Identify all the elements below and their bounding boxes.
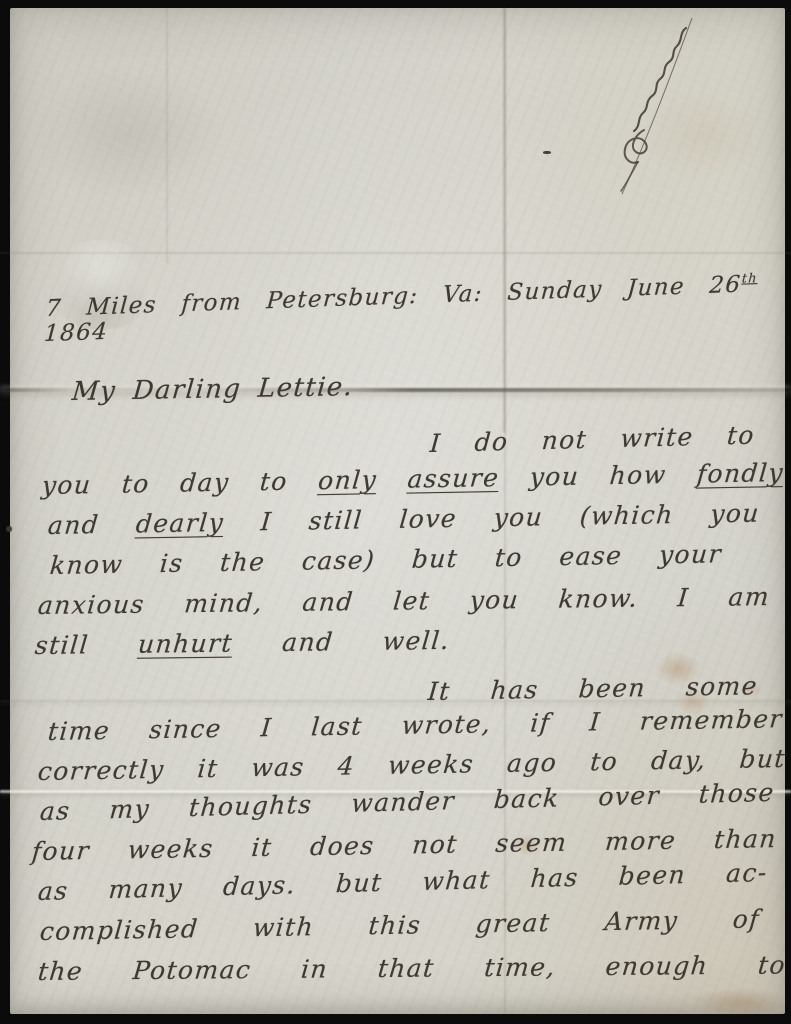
letter-line: know is the case) but to ease your <box>49 540 723 579</box>
letter-text-segment: anxious mind, and let you know. I am <box>37 582 772 620</box>
letter-text-segment: 1864 <box>43 319 109 347</box>
letter-text-segment: and well. <box>232 626 452 658</box>
letter-text-segment: My Darling Lettie. <box>71 372 355 407</box>
letter-line: the Potomac in that time, enough to <box>37 951 788 985</box>
letter-text-segment: th <box>741 270 758 286</box>
letter-line: time since I last wrote, if I remember <box>47 705 784 745</box>
letter-line: My Darling Lettie. <box>71 373 355 407</box>
letter-line: 7 Miles from Petersburg: Va: Sunday June… <box>43 271 758 348</box>
letter-text-segment: 7 Miles from Petersburg: Va: Sunday June… <box>45 272 742 322</box>
ink-dot <box>6 526 12 532</box>
letter-text-segment: as many days. but what has been ac- <box>37 858 769 906</box>
letter-line: and dearly I still love you (which you <box>47 500 761 540</box>
fold-crease-horizontal-upper <box>0 252 791 254</box>
letter-line: It has been some <box>427 672 759 705</box>
letter-line: I do not write to <box>429 421 756 457</box>
letter-line: as my thoughts wander back over those <box>39 779 776 826</box>
letter-text-segment: It has been some <box>427 671 759 706</box>
underlined-word: dearly <box>135 508 226 539</box>
underlined-word: assure <box>406 463 500 494</box>
letter-text-segment: still <box>34 630 140 660</box>
letter-text-segment: and <box>47 509 137 540</box>
page-content: 7 Miles from Petersburg: Va: Sunday June… <box>0 0 791 1024</box>
letter-text-segment: you how <box>498 460 698 492</box>
letter-scan: 7 Miles from Petersburg: Va: Sunday June… <box>0 0 791 1024</box>
letter-text-segment <box>376 465 409 495</box>
letter-line: still unhurt and well. <box>34 627 452 660</box>
letter-line: anxious mind, and let you know. I am <box>37 583 771 619</box>
underlined-word: fondly <box>696 458 785 489</box>
underlined-word: only <box>317 465 378 495</box>
letter-text-segment: complished with this great Army of <box>39 904 761 946</box>
fold-crease-vertical-center-top <box>503 8 506 433</box>
letter-text-segment: time since I last wrote, if I remember <box>47 704 784 746</box>
aging-stain <box>30 70 230 200</box>
letter-text-segment: as my thoughts wander back over those <box>39 778 776 826</box>
underlined-word: unhurt <box>137 629 234 659</box>
letter-line: as many days. but what has been ac- <box>37 859 769 906</box>
diagonal-docket-inscription <box>586 12 716 200</box>
letter-text-segment: the Potomac in that time, enough to <box>37 950 788 986</box>
letter-text-segment: I still love you (which you <box>223 499 761 537</box>
letter-line: complished with this great Army of <box>39 905 761 945</box>
ink-speck <box>543 151 551 154</box>
letter-line: four weeks it does not seem more than <box>31 825 778 866</box>
fold-crease-vertical-left <box>166 8 168 263</box>
rust-stain <box>692 988 788 1016</box>
letter-text-segment: you to day to <box>41 466 320 500</box>
letter-text-segment: I do not write to <box>429 420 756 458</box>
letter-line: you to day to only assure you how fondly <box>41 459 785 499</box>
letter-text-segment: know is the case) but to ease your <box>49 539 723 580</box>
